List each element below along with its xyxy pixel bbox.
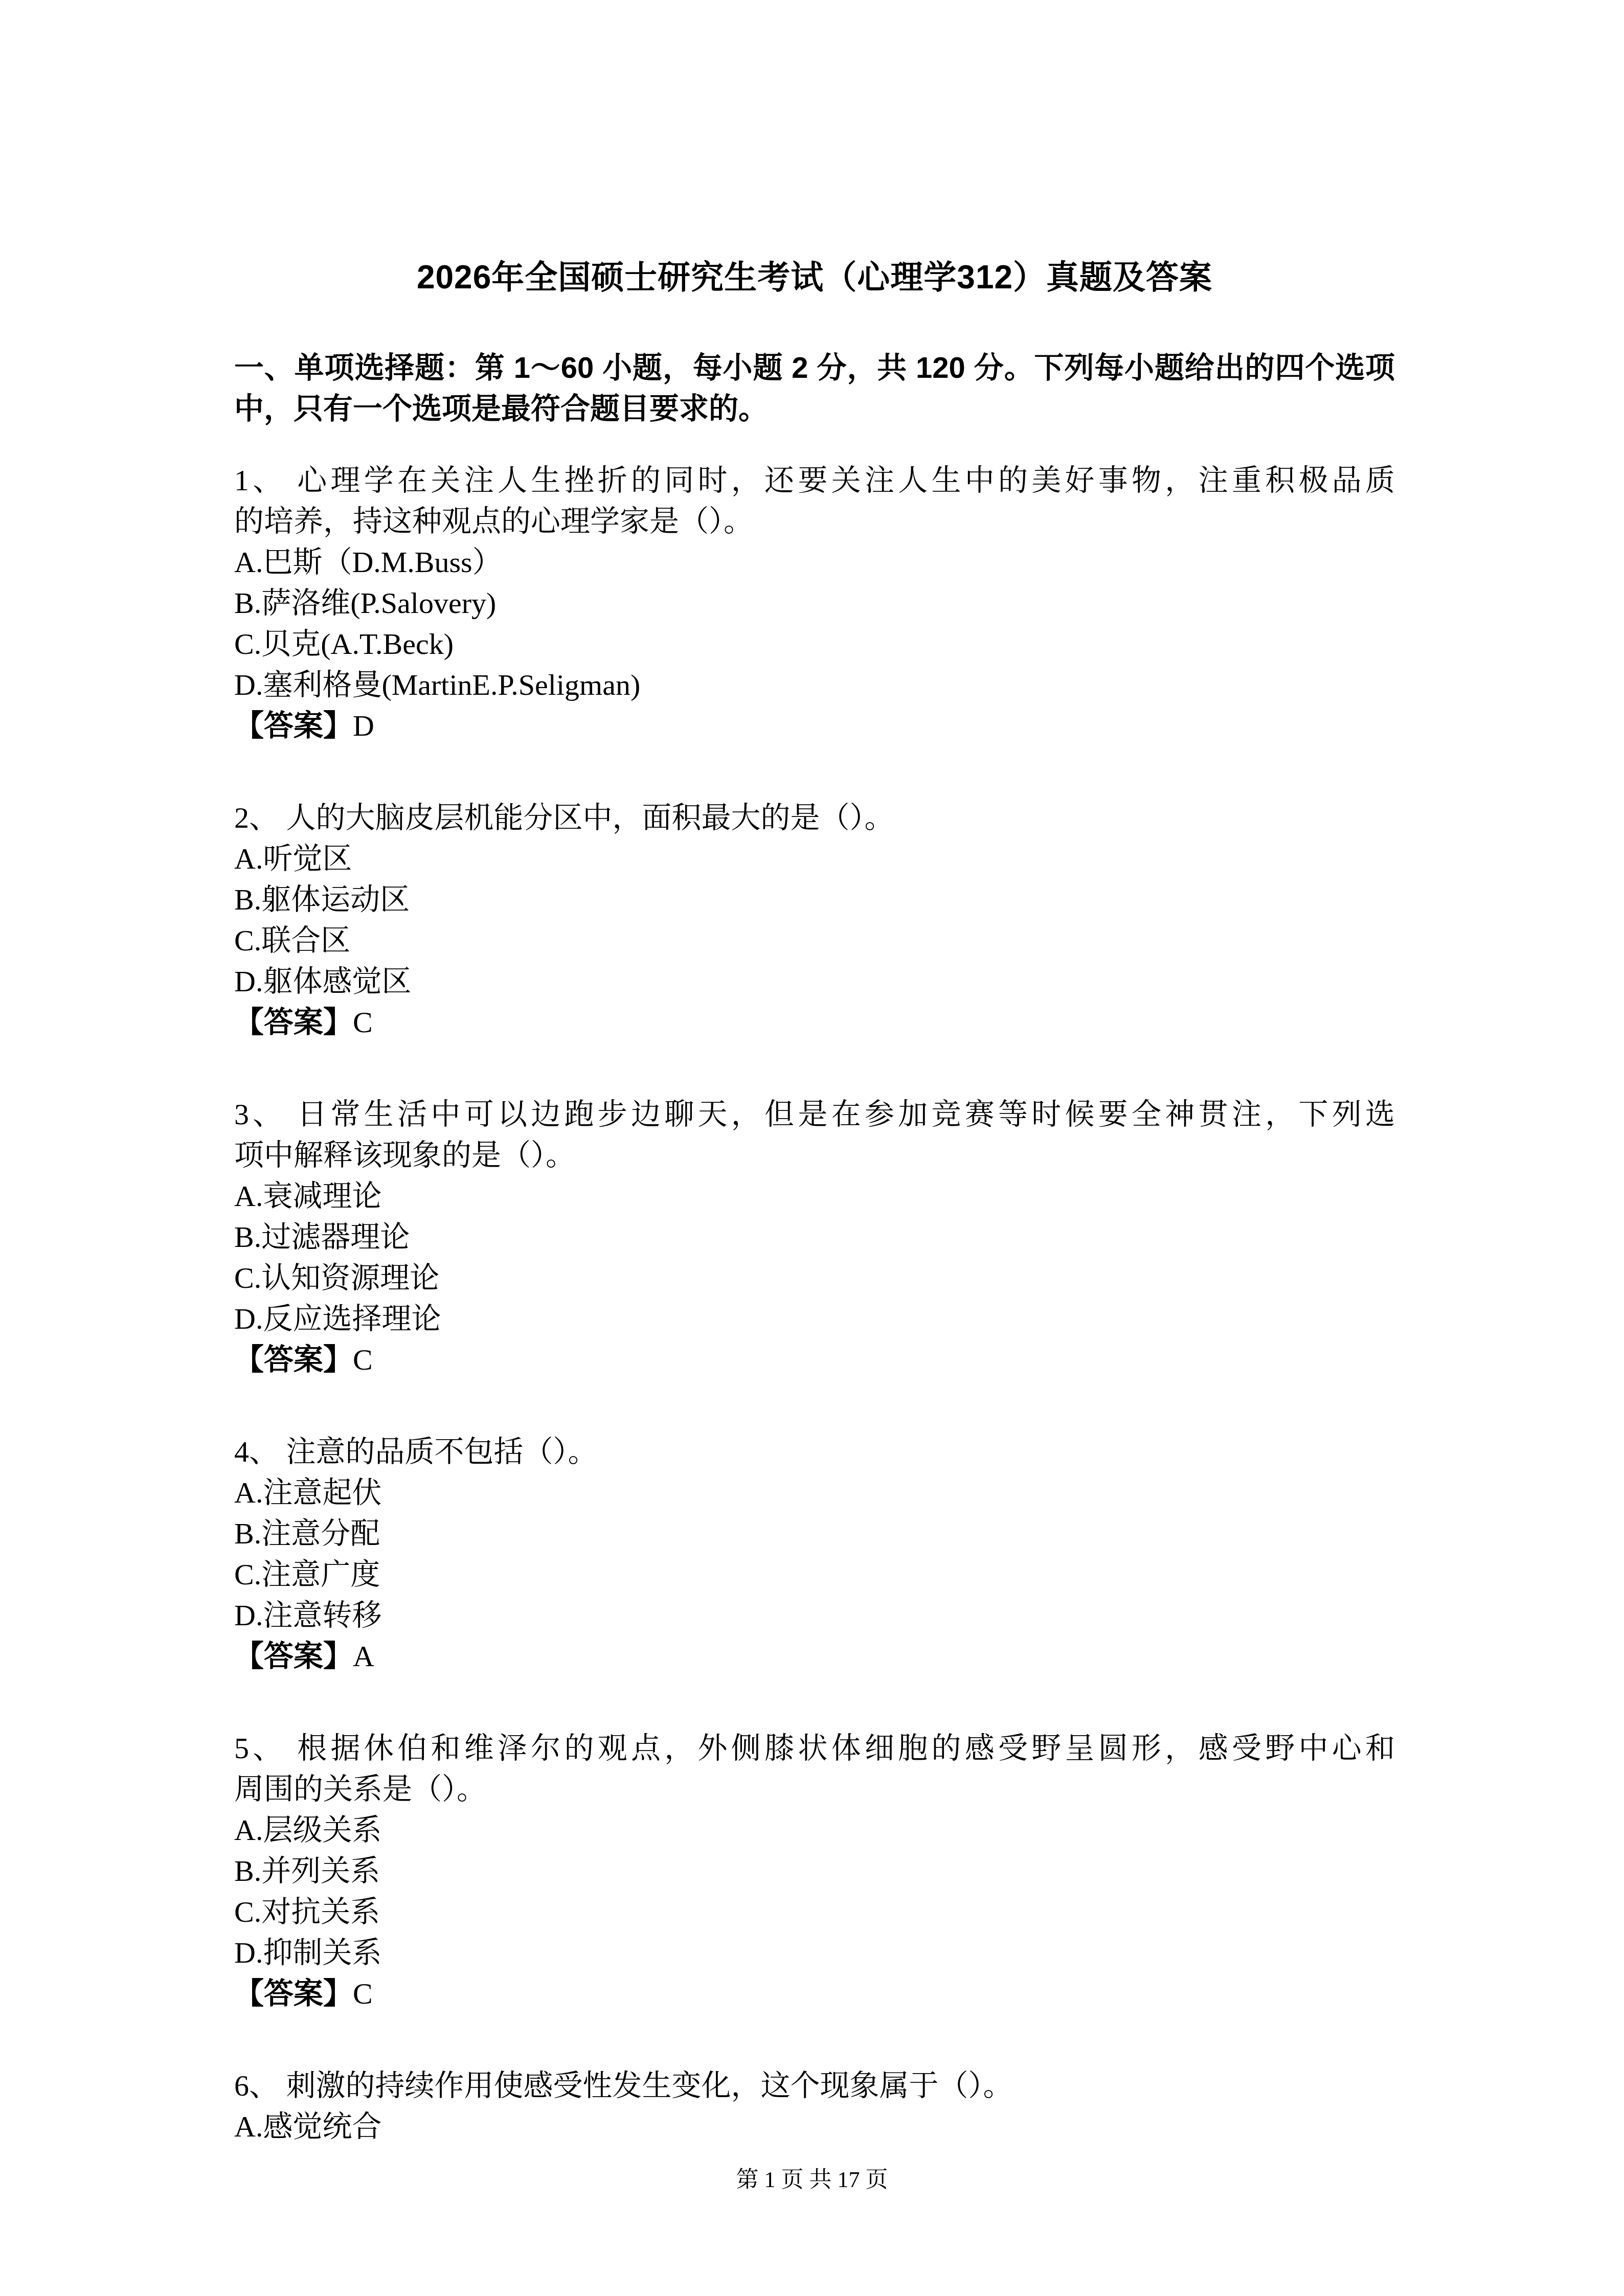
option-line-b: B.躯体运动区: [234, 879, 1395, 920]
option-line-c: C.贝克(A.T.Beck): [234, 624, 1395, 665]
option-line-c: C.对抗关系: [234, 1892, 1395, 1933]
option-line-d: D.塞利格曼(MartinE.P.Seligman): [234, 665, 1395, 706]
question-block-5: 5、 根据休伯和维泽尔的观点，外侧膝状体细胞的感受野呈圆形，感受野中心和 周围的…: [234, 1728, 1395, 2014]
question-block-4: 4、 注意的品质不包括（）。 A.注意起伏 B.注意分配 C.注意广度 D.注意…: [234, 1431, 1395, 1677]
option-line-a: A.衰减理论: [234, 1176, 1395, 1217]
answer-label: 【答案】: [234, 1343, 353, 1376]
answer-label: 【答案】: [234, 1977, 353, 2010]
option-line-b: B.萨洛维(P.Salovery): [234, 583, 1395, 624]
answer-line: 【答案】A: [234, 1636, 1395, 1677]
section-header: 一、单项选择题：第 1～60 小题，每小题 2 分，共 120 分。下列每小题给…: [234, 348, 1395, 429]
option-line-c: C.认知资源理论: [234, 1258, 1395, 1299]
question-block-6: 6、 刺激的持续作用使感受性发生变化，这个现象属于（）。 A.感觉统合: [234, 2065, 1395, 2147]
answer-line: 【答案】C: [234, 1002, 1395, 1043]
question-text-line: 5、 根据休伯和维泽尔的观点，外侧膝状体细胞的感受野呈圆形，感受野中心和: [234, 1728, 1395, 1769]
option-line-b: B.并列关系: [234, 1851, 1395, 1892]
option-line-b: B.过滤器理论: [234, 1217, 1395, 1258]
page-content: 2026年全国硕士研究生考试（心理学312）真题及答案 一、单项选择题：第 1～…: [234, 0, 1395, 2147]
question-text-line: 6、 刺激的持续作用使感受性发生变化，这个现象属于（）。: [234, 2065, 1395, 2106]
question-block-1: 1、 心理学在关注人生挫折的同时，还要关注人生中的美好事物，注重积极品质 的培养…: [234, 460, 1395, 746]
question-text-line: 的培养，持这种观点的心理学家是（）。: [234, 501, 1395, 542]
option-line-d: D.反应选择理论: [234, 1299, 1395, 1339]
option-line-d: D.注意转移: [234, 1595, 1395, 1636]
section-header-line: 中，只有一个选项是最符合题目要求的。: [234, 389, 1395, 429]
question-block-3: 3、 日常生活中可以边跑步边聊天，但是在参加竞赛等时候要全神贯注，下列选 项中解…: [234, 1094, 1395, 1380]
answer-line: 【答案】D: [234, 706, 1395, 746]
answer-value: C: [353, 1343, 373, 1376]
answer-value: A: [353, 1640, 374, 1673]
question-text-line: 2、 人的大脑皮层机能分区中，面积最大的是（）。: [234, 798, 1395, 838]
option-line-d: D.躯体感觉区: [234, 961, 1395, 1002]
section-header-line: 一、单项选择题：第 1～60 小题，每小题 2 分，共 120 分。下列每小题给…: [234, 348, 1395, 389]
answer-label: 【答案】: [234, 709, 353, 742]
answer-label: 【答案】: [234, 1006, 353, 1039]
option-line-a: A.层级关系: [234, 1810, 1395, 1851]
option-line-c: C.联合区: [234, 920, 1395, 961]
option-line-d: D.抑制关系: [234, 1933, 1395, 1973]
answer-value: D: [353, 709, 374, 742]
option-line-a: A.巴斯（D.M.Buss）: [234, 542, 1395, 583]
option-line-c: C.注意广度: [234, 1554, 1395, 1595]
question-text-line: 周围的关系是（）。: [234, 1769, 1395, 1810]
page-title: 2026年全国硕士研究生考试（心理学312）真题及答案: [234, 256, 1395, 299]
document-page: { "document": { "title": "2026年全国硕士研究生考试…: [0, 0, 1624, 2296]
option-line-a: A.听觉区: [234, 838, 1395, 879]
option-line-a: A.注意起伏: [234, 1472, 1395, 1513]
question-block-2: 2、 人的大脑皮层机能分区中，面积最大的是（）。 A.听觉区 B.躯体运动区 C…: [234, 798, 1395, 1043]
answer-value: C: [353, 1006, 373, 1039]
page-footer: 第 1 页 共 17 页: [0, 2166, 1624, 2194]
option-line-b: B.注意分配: [234, 1513, 1395, 1554]
answer-value: C: [353, 1977, 373, 2010]
answer-line: 【答案】C: [234, 1973, 1395, 2014]
question-text-line: 3、 日常生活中可以边跑步边聊天，但是在参加竞赛等时候要全神贯注，下列选: [234, 1094, 1395, 1135]
question-text-line: 4、 注意的品质不包括（）。: [234, 1431, 1395, 1472]
answer-line: 【答案】C: [234, 1339, 1395, 1380]
question-text-line: 项中解释该现象的是（）。: [234, 1135, 1395, 1176]
answer-label: 【答案】: [234, 1640, 353, 1673]
option-line-a: A.感觉统合: [234, 2106, 1395, 2147]
question-text-line: 1、 心理学在关注人生挫折的同时，还要关注人生中的美好事物，注重积极品质: [234, 460, 1395, 501]
